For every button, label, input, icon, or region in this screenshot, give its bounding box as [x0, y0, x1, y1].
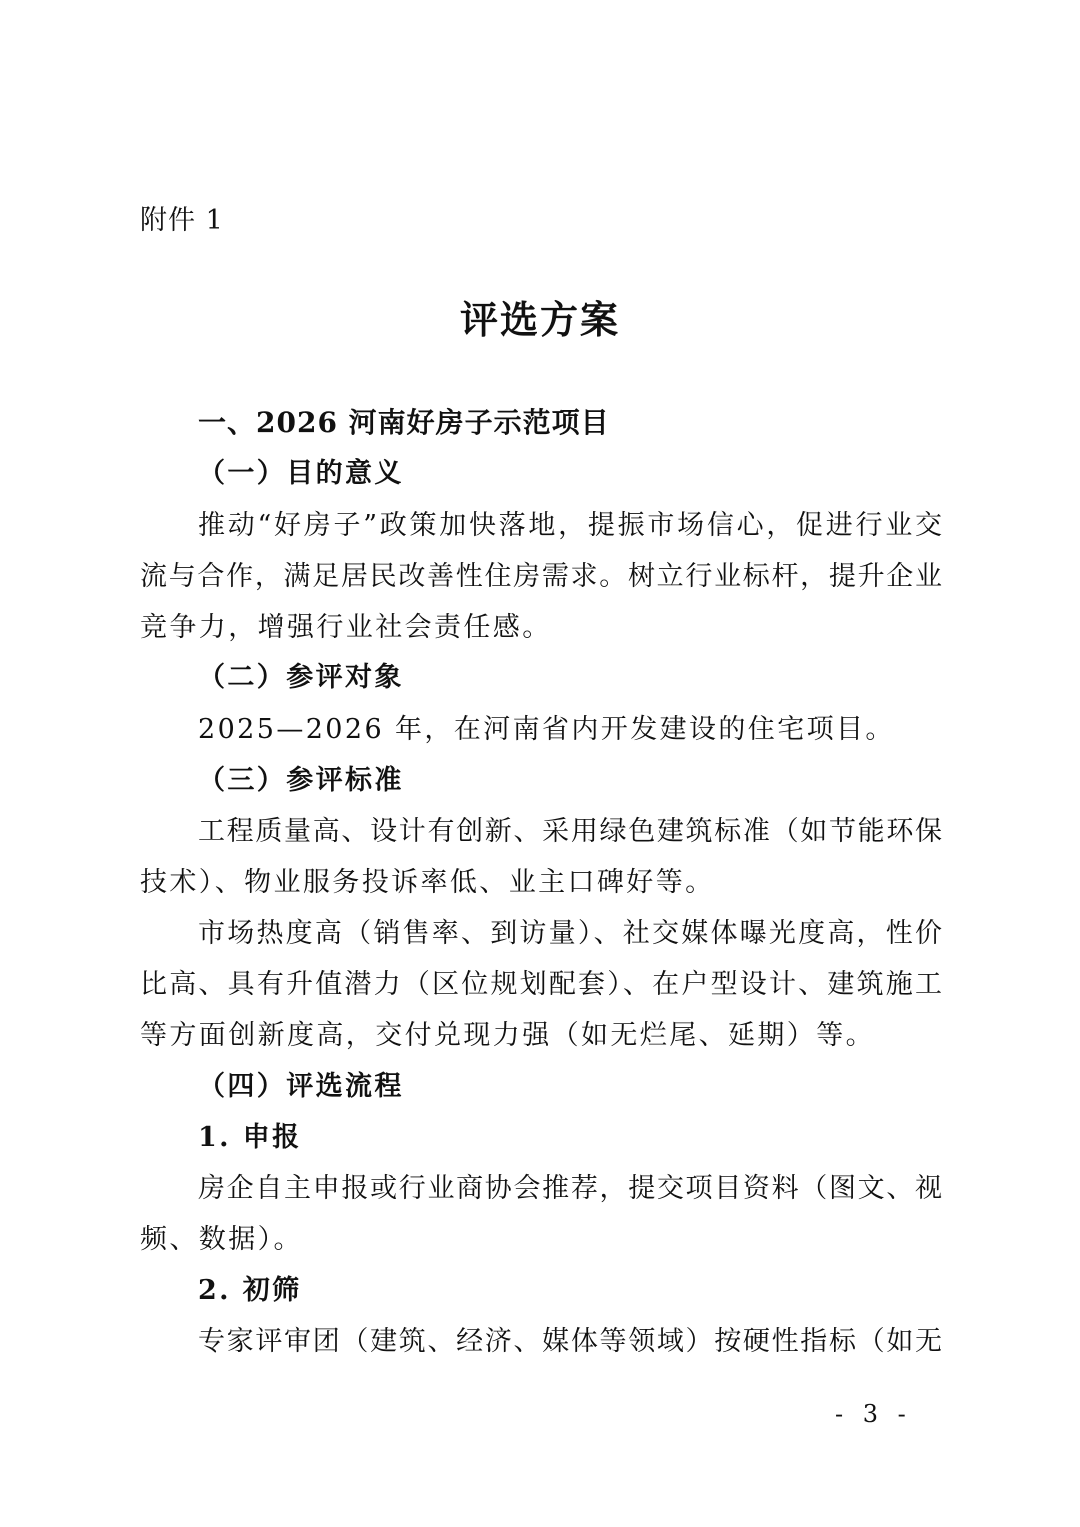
subsection-heading-criteria: （三）参评标准	[198, 761, 404, 801]
subsection-heading-process: （四）评选流程	[198, 1067, 404, 1107]
paragraph-line: 技术）、物业服务投诉率低、业主口碑好等。	[140, 863, 715, 903]
document-title: 评选方案	[0, 292, 1080, 348]
paragraph-line: 等方面创新度高，交付兑现力强（如无烂尾、延期）等。	[140, 1016, 875, 1056]
paragraph-line: 流与合作，满足居民改善性住房需求。树立行业标杆，提升企业	[140, 557, 942, 597]
step-heading-screening: 2. 初筛	[198, 1271, 302, 1311]
paragraph-line: 2025—2026 年，在河南省内开发建设的住宅项目。	[198, 710, 895, 750]
page-number: - 3 -	[835, 1398, 912, 1430]
subsection-heading-participants: （二）参评对象	[198, 658, 404, 698]
step-heading-apply: 1. 申报	[198, 1118, 302, 1158]
paragraph-line: 频、数据）。	[140, 1220, 303, 1260]
attachment-label: 附件 1	[140, 201, 224, 241]
paragraph-line: 专家评审团（建筑、经济、媒体等领域）按硬性指标（如无	[198, 1322, 942, 1362]
paragraph-line: 房企自主申报或行业商协会推荐，提交项目资料（图文、视	[198, 1169, 942, 1209]
subsection-heading-purpose: （一）目的意义	[198, 454, 404, 494]
section-heading: 一、2026 河南好房子示范项目	[198, 403, 610, 443]
paragraph-line: 竞争力，增强行业社会责任感。	[140, 608, 552, 648]
document-page: 附件 1 评选方案 一、2026 河南好房子示范项目 （一）目的意义 推动“好房…	[0, 0, 1080, 1527]
paragraph-line: 比高、具有升值潜力（区位规划配套）、在户型设计、建筑施工	[140, 965, 942, 1005]
paragraph-line: 市场热度高（销售率、到访量）、社交媒体曝光度高，性价	[198, 914, 942, 954]
paragraph-line: 推动“好房子”政策加快落地，提振市场信心，促进行业交	[198, 506, 942, 546]
paragraph-line: 工程质量高、设计有创新、采用绿色建筑标准（如节能环保	[198, 812, 942, 852]
